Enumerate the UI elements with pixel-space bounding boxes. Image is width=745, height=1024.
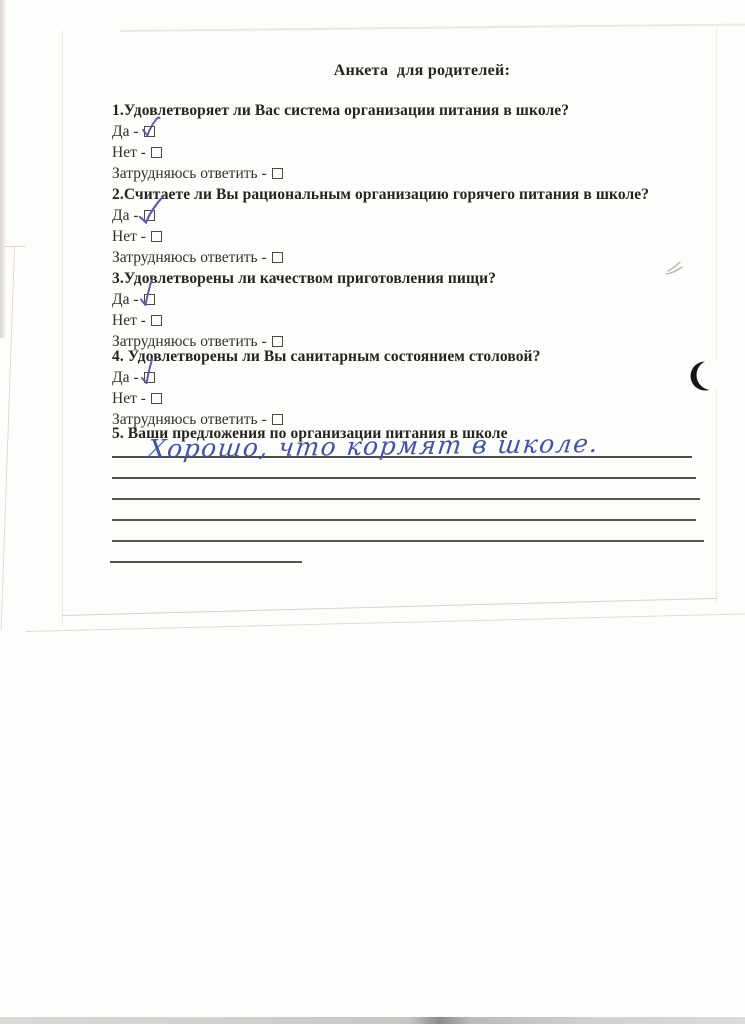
checkbox bbox=[151, 231, 162, 242]
checkbox bbox=[272, 168, 283, 179]
checkbox bbox=[272, 336, 283, 347]
checkmark-icon bbox=[136, 194, 166, 224]
option-row: Затрудняюсь ответить - bbox=[112, 247, 698, 268]
question-block-3: 3.Удовлетворены ли качеством приготовлен… bbox=[112, 268, 698, 352]
option-row: Да - bbox=[112, 205, 698, 226]
option-row: Нет - bbox=[112, 310, 698, 331]
answer-underline: Хорошо, что кормят в школе. bbox=[112, 444, 692, 458]
option-label: Нет - bbox=[112, 312, 146, 329]
option-row: Да - bbox=[112, 121, 698, 142]
option-label: Нет - bbox=[112, 228, 146, 245]
question-text: 3.Удовлетворены ли качеством приготовлен… bbox=[112, 268, 698, 289]
checkbox bbox=[144, 294, 155, 305]
option-row: Да - bbox=[112, 289, 698, 310]
checkbox bbox=[144, 372, 155, 383]
checkbox bbox=[272, 414, 283, 425]
question-block-2: 2.Считаете ли Вы рациональным организаци… bbox=[112, 184, 698, 268]
blank-line bbox=[112, 500, 696, 521]
checkmark-icon bbox=[136, 278, 166, 308]
question-text: 2.Считаете ли Вы рациональным организаци… bbox=[112, 184, 698, 205]
scan-left-edge-strip bbox=[0, 0, 6, 338]
blank-line bbox=[112, 521, 704, 542]
question-text: 1.Удовлетворяет ли Вас система организац… bbox=[112, 100, 698, 121]
page-title: Анкета для родителей: bbox=[146, 62, 698, 80]
option-row: Да - bbox=[112, 367, 698, 388]
option-row: Нет - bbox=[112, 388, 698, 409]
checkbox bbox=[151, 315, 162, 326]
checkmark-icon bbox=[136, 356, 166, 386]
question-text: 4. Удовлетворены ли Вы санитарным состоя… bbox=[112, 346, 698, 367]
checkmark-icon bbox=[136, 110, 166, 140]
question-block-5: 5. Ваши предложения по организации питан… bbox=[112, 423, 698, 563]
checkbox bbox=[151, 393, 162, 404]
option-label: Затрудняюсь ответить - bbox=[112, 249, 267, 266]
checkbox bbox=[272, 252, 283, 263]
checkbox bbox=[151, 147, 162, 158]
scanner-edge-strip bbox=[0, 1017, 745, 1024]
scanned-document: Анкета для родителей: 1.Удовлетворяет ли… bbox=[0, 0, 745, 1024]
questionnaire-page: Анкета для родителей: 1.Удовлетворяет ли… bbox=[62, 24, 718, 624]
question-block-1: 1.Удовлетворяет ли Вас система организац… bbox=[112, 100, 698, 184]
option-label: Затрудняюсь ответить - bbox=[112, 165, 267, 182]
option-label: Нет - bbox=[112, 390, 146, 407]
option-row: Затрудняюсь ответить - bbox=[112, 163, 698, 184]
question-block-4: 4. Удовлетворены ли Вы санитарным состоя… bbox=[112, 346, 698, 430]
hole-punch-mark bbox=[688, 354, 728, 398]
checkbox bbox=[144, 210, 155, 221]
checkbox bbox=[144, 126, 155, 137]
option-row: Нет - bbox=[112, 142, 698, 163]
pencil-scribble bbox=[660, 258, 692, 286]
short-blank-line bbox=[110, 542, 302, 563]
option-label: Нет - bbox=[112, 144, 146, 161]
option-row: Нет - bbox=[112, 226, 698, 247]
blank-line bbox=[112, 479, 700, 500]
